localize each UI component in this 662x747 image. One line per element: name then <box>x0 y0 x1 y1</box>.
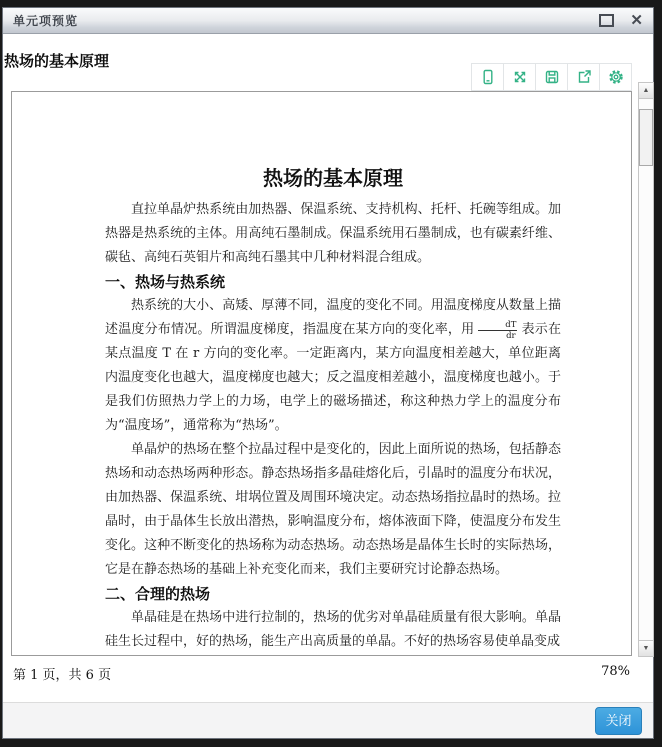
settings-button[interactable] <box>599 63 632 91</box>
document-paragraph-2: 热系统的大小、高矮、厚薄不同，温度的变化不同。用温度梯度从数量上描述温度分布情况… <box>105 294 561 438</box>
scroll-up-icon: ▲ <box>643 87 650 94</box>
document-section-heading-2: 二、合理的热场 <box>105 582 561 606</box>
window-controls: ✕ <box>599 13 643 28</box>
maximize-icon[interactable] <box>599 14 614 27</box>
preview-scrollbar[interactable]: ▲ ▼ <box>638 82 654 657</box>
scroll-down-button[interactable]: ▼ <box>639 640 653 656</box>
close-icon[interactable]: ✕ <box>630 13 643 28</box>
document-paragraph-4: 单晶硅是在热场中进行拉制的，热场的优劣对单晶硅质量有很大影响。单晶硅生长过程中，… <box>105 606 561 654</box>
save-icon <box>543 68 561 86</box>
dialog-footer: 关闭 <box>3 702 653 738</box>
export-icon <box>575 68 593 86</box>
document-paragraph-1: 直拉单晶炉热系统由加热器、保温系统、支持机构、托杆、托碗等组成。加热器是热系统的… <box>105 198 561 270</box>
scroll-up-button[interactable]: ▲ <box>639 83 653 99</box>
scrollbar-thumb[interactable] <box>639 109 653 166</box>
save-button[interactable] <box>535 63 568 91</box>
mobile-preview-button[interactable] <box>471 63 504 91</box>
document-paragraph-3: 单晶炉的热场在整个拉晶过程中是变化的，因此上面所说的热场，包括静态热场和动态热场… <box>105 438 561 582</box>
settings-icon <box>607 68 625 86</box>
export-button[interactable] <box>567 63 600 91</box>
document-title: 热场的基本原理 <box>105 165 561 191</box>
document-preview-page: 热场的基本原理 直拉单晶炉热系统由加热器、保温系统、支持机构、托杆、托碗等组成。… <box>11 91 632 656</box>
preview-dialog: 单元项预览 ✕ 热场的基本原理 <box>2 7 654 739</box>
temperature-gradient-fraction: dTdr <box>478 321 517 341</box>
zoom-level: 78% <box>601 664 630 679</box>
fraction-numerator: dT <box>478 321 517 332</box>
page-indicator: 第 1 页，共 6 页 <box>13 664 111 683</box>
fullscreen-button[interactable] <box>503 63 536 91</box>
dialog-title: 单元项预览 <box>13 12 599 29</box>
document-section-heading-1: 一、热场与热系统 <box>105 270 561 294</box>
document-content: 热场的基本原理 直拉单晶炉热系统由加热器、保温系统、支持机构、托杆、托碗等组成。… <box>12 92 631 654</box>
preview-toolbar <box>472 63 632 91</box>
close-button[interactable]: 关闭 <box>595 707 642 735</box>
mobile-preview-icon <box>479 68 497 86</box>
fraction-denominator: dr <box>478 331 517 341</box>
dialog-titlebar: 单元项预览 ✕ <box>3 8 653 34</box>
fullscreen-icon <box>511 68 529 86</box>
scroll-down-icon: ▼ <box>643 645 650 652</box>
item-title: 热场的基本原理 <box>4 50 109 71</box>
